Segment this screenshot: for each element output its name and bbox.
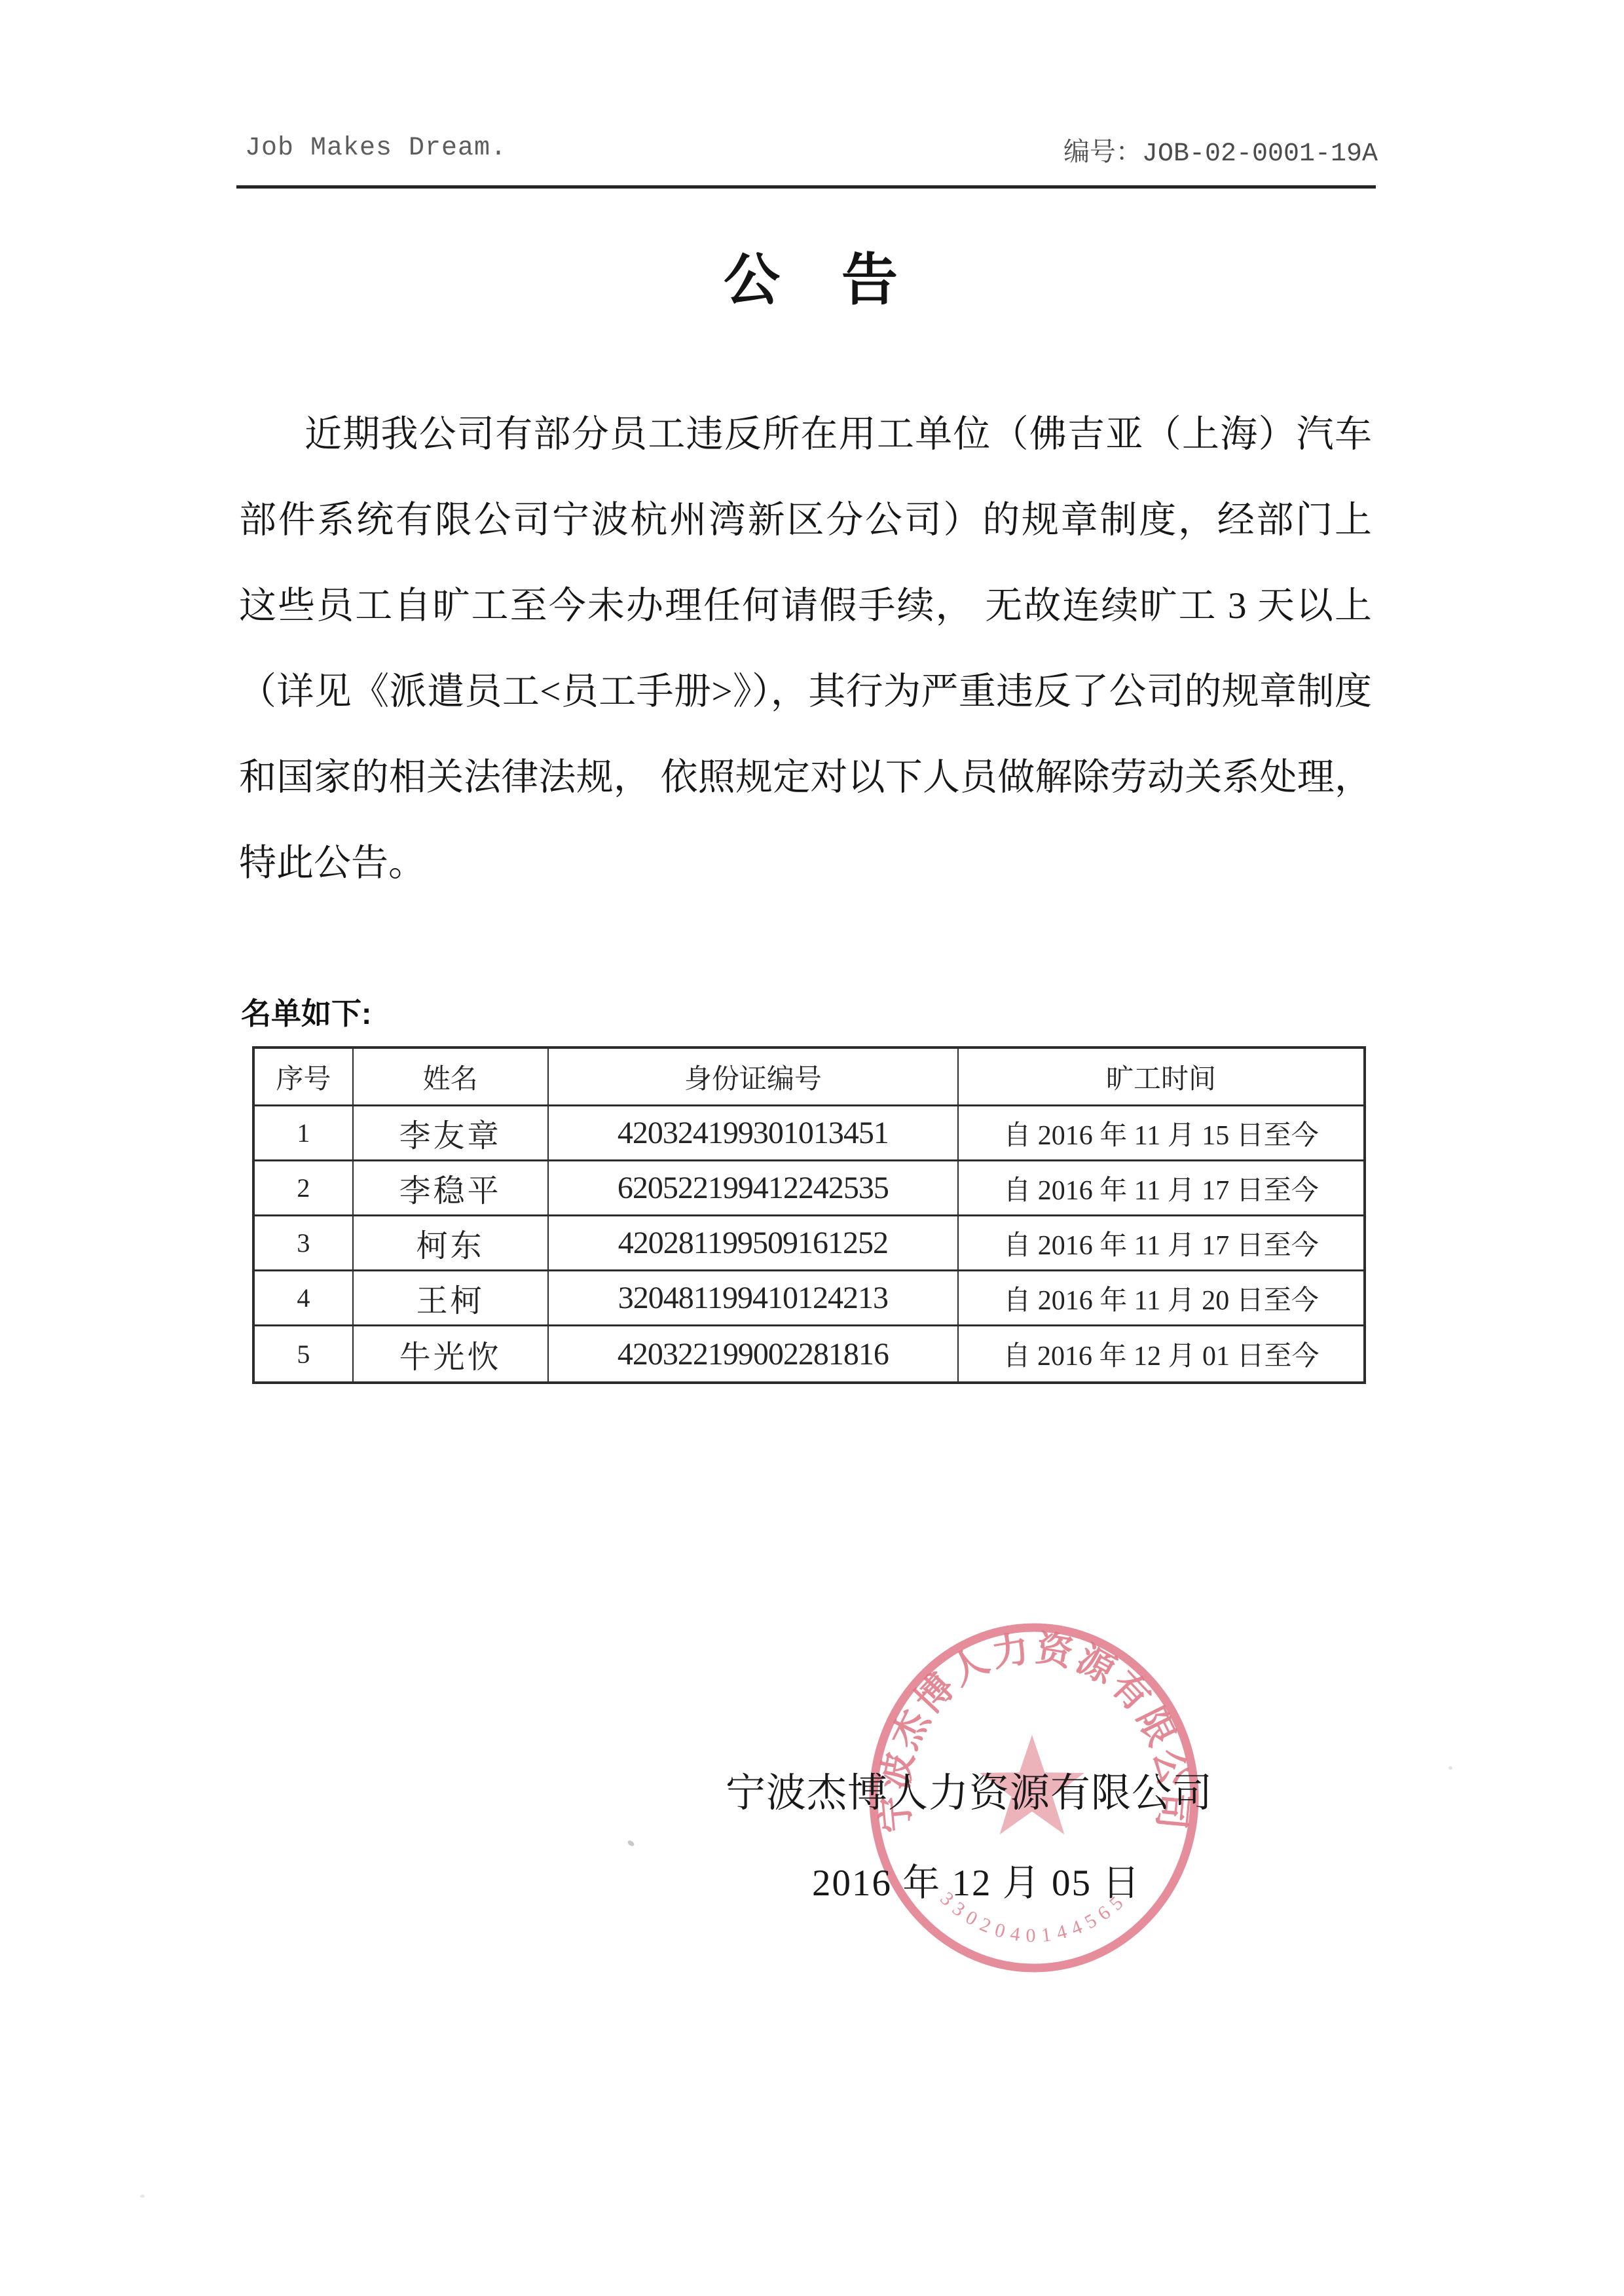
page-title: 公 告 <box>0 234 1624 316</box>
cell-index: 5 <box>255 1326 354 1381</box>
table-row: 2李稳平620522199412242535自 2016 年 11 月 17 日… <box>255 1161 1363 1216</box>
cell-index: 4 <box>255 1271 354 1326</box>
body-line: 部件系统有限公司宁波杭州湾新区分公司）的规章制度，经部门上报， <box>239 477 1372 563</box>
cell-index: 2 <box>255 1161 354 1216</box>
roster-table: 序号 姓名 身份证编号 旷工时间 1李友章420324199301013451自… <box>252 1046 1366 1384</box>
scan-speck <box>1449 1766 1452 1770</box>
table-row: 5牛光忺420322199002281816自 2016 年 12 月 01 日… <box>255 1326 1363 1381</box>
roster-table-body: 1李友章420324199301013451自 2016 年 11 月 15 日… <box>255 1106 1363 1381</box>
announcement-document: Job Makes Dream. 编号：JOB-02-0001-19A 公 告 … <box>0 0 1624 2296</box>
table-row: 1李友章420324199301013451自 2016 年 11 月 15 日… <box>255 1106 1363 1161</box>
cell-name: 李稳平 <box>354 1161 549 1216</box>
cell-absence-period: 自 2016 年 11 月 20 日至今 <box>959 1271 1363 1326</box>
cell-index: 1 <box>255 1106 354 1161</box>
body-paragraph: 近期我公司有部分员工违反所在用工单位（佛吉亚（上海）汽车 部件系统有限公司宁波杭… <box>239 392 1372 906</box>
body-line: 这些员工自旷工至今未办理任何请假手续， 无故连续旷工 3 天以上 <box>239 563 1372 649</box>
signature-company: 宁波杰博人力资源有限公司 <box>726 1761 1213 1818</box>
cell-id-number: 420281199509161252 <box>549 1216 959 1271</box>
signature-date: 2016 年 12 月 05 日 <box>812 1853 1141 1906</box>
cell-absence-period: 自 2016 年 11 月 17 日至今 <box>959 1161 1363 1216</box>
header-rule <box>236 185 1376 189</box>
body-line: 近期我公司有部分员工违反所在用工单位（佛吉亚（上海）汽车 <box>239 392 1372 477</box>
cell-id-number: 620522199412242535 <box>549 1161 959 1216</box>
cell-name: 王柯 <box>354 1271 549 1326</box>
header-cell-index: 序号 <box>255 1049 354 1106</box>
body-line: （详见《派遣员工<员工手册>》），其行为严重违反了公司的规章制度 <box>239 649 1372 735</box>
cell-id-number: 420324199301013451 <box>549 1106 959 1161</box>
header-cell-absence-period: 旷工时间 <box>959 1049 1363 1106</box>
header-doc-number: 编号：JOB-02-0001-19A <box>1063 131 1378 169</box>
cell-id-number: 420322199002281816 <box>549 1326 959 1381</box>
header-slogan: Job Makes Dream. <box>245 134 507 163</box>
table-row: 3柯东420281199509161252自 2016 年 11 月 17 日至… <box>255 1216 1363 1271</box>
scan-speck <box>140 2195 145 2198</box>
cell-name: 李友章 <box>354 1106 549 1161</box>
body-line: 和国家的相关法律法规， 依照规定对以下人员做解除劳动关系处理， <box>239 735 1372 820</box>
cell-index: 3 <box>255 1216 354 1271</box>
table-header-row: 序号 姓名 身份证编号 旷工时间 <box>255 1049 1363 1106</box>
table-row: 4王柯320481199410124213自 2016 年 11 月 20 日至… <box>255 1271 1363 1326</box>
cell-name: 柯东 <box>354 1216 549 1271</box>
cell-absence-period: 自 2016 年 11 月 17 日至今 <box>959 1216 1363 1271</box>
header-cell-name: 姓名 <box>354 1049 549 1106</box>
cell-id-number: 320481199410124213 <box>549 1271 959 1326</box>
body-line: 特此公告。 <box>239 820 1372 906</box>
scan-speck <box>627 1839 635 1847</box>
cell-name: 牛光忺 <box>354 1326 549 1381</box>
header-cell-id-number: 身份证编号 <box>549 1049 959 1106</box>
roster-label: 名单如下: <box>241 990 371 1033</box>
cell-absence-period: 自 2016 年 11 月 15 日至今 <box>959 1106 1363 1161</box>
cell-absence-period: 自 2016 年 12 月 01 日至今 <box>959 1326 1363 1381</box>
